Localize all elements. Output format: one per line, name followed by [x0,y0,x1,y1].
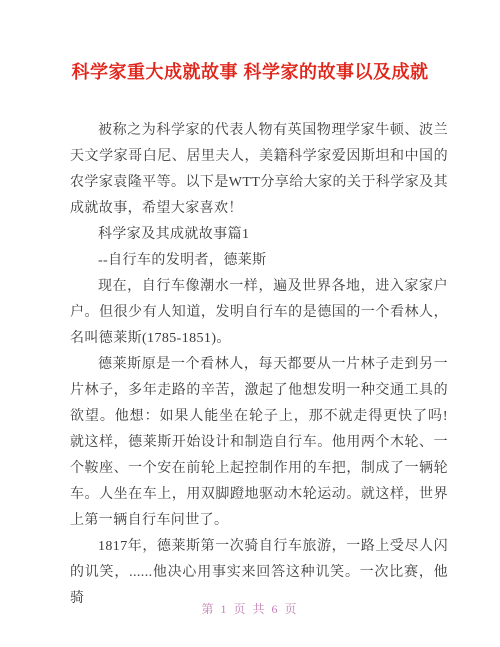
document-body: 被称之为科学家的代表人物有英国物理学家牛顿、波兰天文学家哥白尼、居里夫人，美籍科… [70,118,448,612]
paragraph-subtitle: --自行车的发明者，德莱斯 [70,248,448,274]
page-number-indicator: 第 1 页 共 6 页 [0,601,500,617]
paragraph-section-heading: 科学家及其成就故事篇1 [70,222,448,248]
document-page: 科学家重大成就故事 科学家的故事以及成就 被称之为科学家的代表人物有英国物理学家… [0,0,500,647]
paragraph-intro: 被称之为科学家的代表人物有英国物理学家牛顿、波兰天文学家哥白尼、居里夫人，美籍科… [70,118,448,222]
paragraph-story-2: 德莱斯原是一个看林人，每天都要从一片林子走到另一片林子，多年走路的辛苦，激起了他… [70,352,448,534]
paragraph-story-1: 现在，自行车像潮水一样，遍及世界各地，进入家家户户。但很少有人知道，发明自行车的… [70,274,448,352]
page-title: 科学家重大成就故事 科学家的故事以及成就 [0,0,500,86]
